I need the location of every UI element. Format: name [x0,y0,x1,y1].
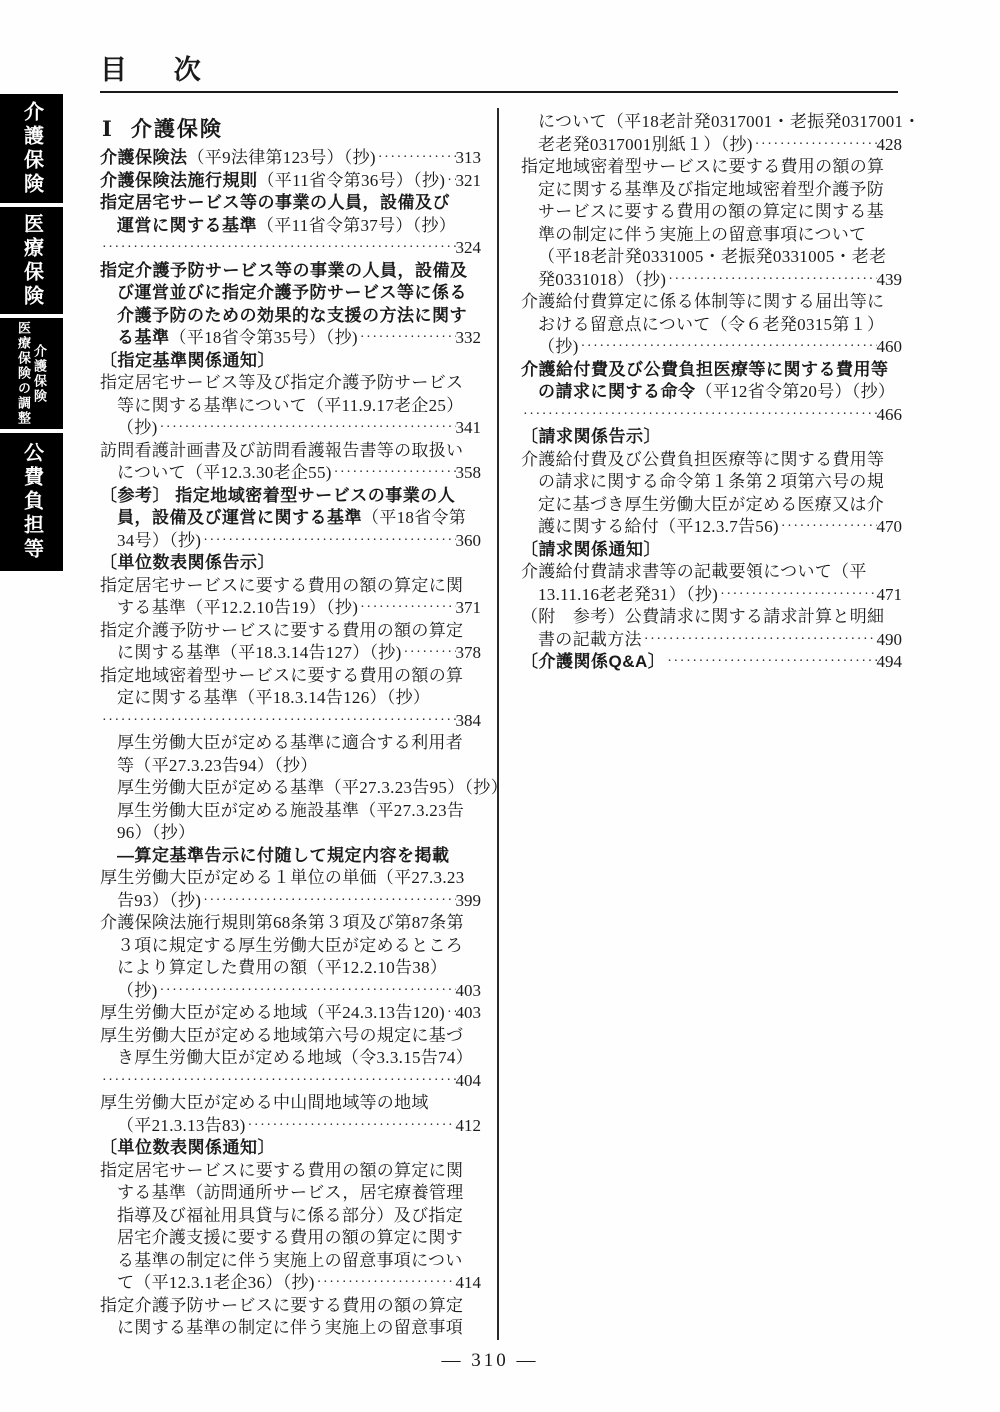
toc-page-number: 490 [877,629,903,652]
toc-entry-text: 指定介護予防サービスに要する費用の額の算定 [100,620,463,643]
toc-entry-text: （抄) [117,980,158,1003]
toc-line: 指定介護予防サービス等の事業の人員，設備及 [100,260,481,283]
toc-entry-text: 〔単位数表関係告示〕 [100,552,275,575]
toc-entry-text: おける留意点について（令６老発0315第１） [538,314,884,337]
toc-line: 発0331018）（抄)····························… [521,269,902,292]
toc-line: （附 参考）公費請求に関する請求計算と明細 [521,606,902,629]
toc-line: おける留意点について（令６老発0315第１） [521,314,902,337]
toc-line: び運営並びに指定介護予防サービス等に係る [100,282,481,305]
toc-line: （平21.3.13告83)···························… [100,1115,481,1138]
toc-page-number: 321 [456,170,482,193]
toc-entry-text: 〔請求関係告示〕 [521,426,661,449]
toc-page-number: 471 [877,584,903,607]
dot-leader: ········································… [665,651,876,674]
toc-entry-text: の請求に関する命令第１条第２項第六号の規 [538,471,884,494]
toc-line: る基準の制定に伴う実施上の留意事項につい [100,1250,481,1273]
toc-entry-text: 運営に関する基準 [117,215,257,238]
toc-entry-text: 指定居宅サービス等の事業の人員，設備及び [100,192,450,215]
toc-line: 員，設備及び運営に関する基準（平18省令第 [100,507,481,530]
toc-entry-text: 準の制定に伴う実施上の留意事項について [538,224,866,247]
toc-entry-text: 介護予防のための効果的な支援の方法に関す [117,305,467,328]
section-label: 介護保険 [131,118,223,141]
dot-leader: ········································… [445,1002,456,1025]
dot-leader: ········································… [201,890,455,913]
tab-kaigo-hoken: 介護保険 [0,94,63,203]
tab-label: 公費負担等 [22,442,42,562]
toc-line: 等（平27.3.23告94）（抄） [100,755,481,778]
toc-line: 定に基づき厚生労働大臣が定める医療又は介 [521,494,902,517]
dot-leader: ········································… [315,1272,456,1295]
toc-entry-text: 介護保険法施行規則第68条第３項及び第87条第 [100,912,464,935]
toc-line: の請求に関する命令（平12省令第20号）（抄） [521,381,902,404]
dot-leader: ········································… [521,404,877,427]
section-numeral: Ⅰ [102,117,114,141]
column-divider [497,108,499,1340]
toc-entry-text: 定に関する基準及び指定地域密着型介護予防 [538,179,884,202]
toc-line: ―算定基準告示に付随して規定内容を掲載 [100,845,481,868]
dot-leader: ········································… [753,134,877,157]
toc-left-column: 介護保険法（平9法律第123号）（抄)·····················… [100,147,481,1340]
toc-entry-text: （抄) [538,336,579,359]
toc-line: 〔請求関係通知〕 [521,539,902,562]
toc-entry-text: 介護給付費請求書等の記載要領について（平 [521,561,867,584]
toc-line: する基準（平12.2.10告19）（抄)····················… [100,597,481,620]
page-number-footer: ― 310 ― [90,1350,890,1372]
toc-entry-text: （平18省令第35号）（抄) [170,327,358,350]
toc-line: 介護給付費及び公費負担医療等に関する費用等 [521,449,902,472]
tab-label: 介護保険 [33,344,46,404]
toc-entry-text: 介護給付費及び公費負担医療等に関する費用等 [521,359,889,382]
toc-page-number: 466 [877,404,903,427]
toc-entry-text: に関する基準（平18.3.14告127）（抄) [117,642,402,665]
toc-line: 指導及び福祉用具貸与に係る部分）及び指定 [100,1205,481,1228]
toc-line: 介護給付費算定に係る体制等に関する届出等に [521,291,902,314]
toc-line: 書の記載方法··································… [521,629,902,652]
dot-leader: ········································… [332,462,456,485]
toc-line: ３項に規定する厚生労働大臣が定めるところ [100,935,481,958]
toc-page-number: 332 [456,327,482,350]
toc-line: する基準（訪問通所サービス，居宅療養管理 [100,1182,481,1205]
toc-entry-text: 等（平27.3.23告94）（抄） [117,755,318,778]
tab-label: 介護保険 [22,101,42,197]
dot-leader: ········································… [100,237,456,260]
page-title: 目 次 [100,54,221,86]
toc-entry-text: 厚生労働大臣が定める中山間地域等の地域 [100,1092,429,1115]
toc-entry-text: 〔請求関係通知〕 [521,539,661,562]
toc-line: 指定地域密着型サービスに要する費用の額の算 [521,156,902,179]
toc-line: 厚生労働大臣が定める基準に適合する利用者 [100,732,481,755]
tab-kohi-futan: 公費負担等 [0,433,63,571]
toc-entry-text: に関する基準の制定に伴う実施上の留意事項 [117,1317,463,1340]
tab-label: 医療保険 [22,213,42,309]
toc-page-number: 371 [456,597,482,620]
toc-line: 厚生労働大臣が定める基準（平27.3.23告95）（抄） [100,777,481,800]
toc-entry-text: （平18省令第 [362,507,466,530]
header-rule [100,91,898,93]
dot-leader: ········································… [642,629,877,652]
toc-entry-text: 指定介護予防サービス等の事業の人員，設備及 [100,260,468,283]
toc-entry-text: 定に関する基準（平18.3.14告126）（抄） [117,687,430,710]
toc-entry-text: （平18老計発0331005・老振発0331005・老老 [538,246,886,269]
toc-entry-text: 〔参考〕 指定地域密着型サービスの事業の人 [100,485,455,508]
toc-line: 指定居宅サービスに要する費用の額の算定に関 [100,1160,481,1183]
toc-line: 厚生労働大臣が定める地域第六号の規定に基づ [100,1025,481,1048]
toc-entry-text: 発0331018）（抄) [538,269,666,292]
toc-entry-text: （平12省令第20号）（抄） [696,381,896,404]
toc-entry-text: について（平12.3.30老企55) [117,462,332,485]
toc-line: 定に関する基準（平18.3.14告126）（抄） [100,687,481,710]
toc-entry-text: 指定地域密着型サービスに要する費用の額の算 [100,665,463,688]
toc-line: 13.11.16老老発31）（抄)·······················… [521,584,902,607]
toc-line: 指定居宅サービス等の事業の人員，設備及び [100,192,481,215]
toc-line: （抄)·····································… [100,980,481,1003]
toc-entry-text: 訪問看護計画書及び訪問看護報告書等の取扱い [100,440,463,463]
toc-line: 指定介護予防サービスに要する費用の額の算定 [100,620,481,643]
toc-line: （抄)·····································… [521,336,902,359]
toc-entry-text: 告93）（抄) [117,890,201,913]
toc-line: 厚生労働大臣が定める施設基準（平27.3.23告 [100,800,481,823]
toc-entry-text: 指定介護予防サービスに要する費用の額の算定 [100,1295,463,1318]
toc-line: 〔単位数表関係告示〕 [100,552,481,575]
toc-entry-text: 指定居宅サービス等及び指定介護予防サービス [100,372,463,395]
toc-line: て（平12.3.1老企36）（抄)·······················… [100,1272,481,1295]
toc-entry-text: （平11省令第37号）（抄） [257,215,456,238]
toc-line: 〔指定基準関係通知〕 [100,350,481,373]
dot-leader: ········································… [246,1115,456,1138]
toc-entry-text: 書の記載方法 [538,629,642,652]
toc-entry-text: 〔介護関係Q&A〕 [521,651,665,674]
toc-line: 定に関する基準及び指定地域密着型介護予防 [521,179,902,202]
toc-page-number: 439 [877,269,903,292]
toc-entry-text: 等に関する基準について（平11.9.17老企25） [117,395,464,418]
toc-line: 厚生労働大臣が定める中山間地域等の地域 [100,1092,481,1115]
toc-entry-text: 厚生労働大臣が定める施設基準（平27.3.23告 [117,800,464,823]
toc-page-number: 360 [456,530,482,553]
toc-entry-text: する基準（平12.2.10告19）（抄) [117,597,358,620]
dot-leader: ········································… [779,516,877,539]
toc-line: 介護予防のための効果的な支援の方法に関す [100,305,481,328]
toc-entry-text: き厚生労働大臣が定める地域（令3.3.15告74） [117,1047,473,1070]
toc-entry-text: ―算定基準告示に付随して規定内容を掲載 [117,845,450,868]
dot-leader: ········································… [201,530,455,553]
toc-line: 〔参考〕 指定地域密着型サービスの事業の人 [100,485,481,508]
toc-line: 介護給付費及び公費負担医療等に関する費用等 [521,359,902,382]
toc-page-number: 341 [456,417,482,440]
toc-entry-text: （抄) [117,417,158,440]
toc-line: 居宅介護支援に要する費用の額の算定に関す [100,1227,481,1250]
toc-entry-text: て（平12.3.1老企36）（抄) [117,1272,315,1295]
toc-entry-text: ３項に規定する厚生労働大臣が定めるところ [117,935,463,958]
toc-page-number: 494 [877,651,903,674]
toc-line: 指定介護予防サービスに要する費用の額の算定 [100,1295,481,1318]
dot-leader: ········································… [579,336,877,359]
toc-entry-text: 介護保険法 [100,147,188,170]
toc-line: 告93）（抄)·································… [100,890,481,913]
toc-line: る基準（平18省令第35号）（抄)·······················… [100,327,481,350]
toc-entry-text: 指定居宅サービスに要する費用の額の算定に関 [100,575,463,598]
toc-page-number: 404 [456,1070,482,1093]
toc-line: 厚生労働大臣が定める地域（平24.3.13告120)··············… [100,1002,481,1025]
tab-chousei: 介護保険医療保険の調整 [0,318,63,429]
toc-entry-text: 護に関する給付（平12.3.7告56) [538,516,779,539]
section-heading: Ⅰ介護保険 [102,113,223,143]
toc-entry-text: 13.11.16老老発31）（抄) [538,584,718,607]
toc-entry-text: る基準 [117,327,170,350]
toc-page-number: 414 [456,1272,482,1295]
toc-line: 指定居宅サービス等及び指定介護予防サービス [100,372,481,395]
toc-entry-text: び運営並びに指定介護予防サービス等に係る [117,282,467,305]
toc-line: ········································… [100,710,481,733]
toc-line: 老老発0317001別紙１）（抄)·······················… [521,134,902,157]
toc-page-number: 399 [456,890,482,913]
toc-entry-text: 指定居宅サービスに要する費用の額の算定に関 [100,1160,463,1183]
toc-entry-text: 定に基づき厚生労働大臣が定める医療又は介 [538,494,884,517]
toc-line: 厚生労働大臣が定める１単位の単価（平27.3.23 [100,867,481,890]
toc-line: ········································… [100,237,481,260]
toc-page-number: 403 [456,980,482,1003]
toc-line: 介護保険法施行規則第68条第３項及び第87条第 [100,912,481,935]
tab-iryo-hoken: 医療保険 [0,207,63,314]
toc-line: （平18老計発0331005・老振発0331005・老老 [521,246,902,269]
toc-line: 運営に関する基準（平11省令第37号）（抄） [100,215,481,238]
toc-line: について（平18老計発0317001・老振発0317001・ [521,111,902,134]
tab-label: 医療保険の調整 [17,321,30,426]
dot-leader: ········································… [158,980,456,1003]
toc-entry-text: 厚生労働大臣が定める１単位の単価（平27.3.23 [100,867,465,890]
toc-line: 指定地域密着型サービスに要する費用の額の算 [100,665,481,688]
toc-entry-text: 介護保険法施行規則 [100,170,258,193]
dot-leader: ········································… [100,710,456,733]
toc-line: 96）（抄） [100,822,481,845]
dot-leader: ········································… [402,642,456,665]
toc-entry-text: 34号）（抄) [117,530,201,553]
toc-entry-text: 居宅介護支援に要する費用の額の算定に関す [117,1227,463,1250]
toc-line: 34号）（抄)·································… [100,530,481,553]
toc-entry-text: 介護給付費及び公費負担医療等に関する費用等 [521,449,884,472]
toc-entry-text: （附 参考）公費請求に関する請求計算と明細 [521,606,884,629]
toc-page-number: 460 [877,336,903,359]
toc-entry-text: 介護給付費算定に係る体制等に関する届出等に [521,291,884,314]
toc-entry-text: （平21.3.13告83) [117,1115,246,1138]
dot-leader: ········································… [376,147,456,170]
toc-line: 準の制定に伴う実施上の留意事項について [521,224,902,247]
toc-line: 介護給付費請求書等の記載要領について（平 [521,561,902,584]
toc-line: 〔請求関係告示〕 [521,426,902,449]
toc-line: 介護保険法施行規則（平11省令第36号）（抄)·················… [100,170,481,193]
toc-page-number: 470 [877,516,903,539]
toc-page-number: 324 [456,237,482,260]
toc-right-column: について（平18老計発0317001・老振発0317001・老老発0317001… [521,111,902,674]
toc-page-number: 428 [877,134,903,157]
toc-line: 訪問看護計画書及び訪問看護報告書等の取扱い [100,440,481,463]
toc-entry-text: 厚生労働大臣が定める基準に適合する利用者 [117,732,463,755]
toc-line: サービスに要する費用の額の算定に関する基 [521,201,902,224]
toc-entry-text: 厚生労働大臣が定める基準（平27.3.23告95）（抄） [117,777,508,800]
toc-entry-text: 〔指定基準関係通知〕 [100,350,275,373]
toc-entry-text: （平9法律第123号）（抄) [188,147,376,170]
toc-line: に関する基準（平18.3.14告127）（抄)·················… [100,642,481,665]
dot-leader: ········································… [100,1070,456,1093]
toc-line: 指定居宅サービスに要する費用の額の算定に関 [100,575,481,598]
toc-entry-text: 指定地域密着型サービスに要する費用の額の算 [521,156,884,179]
toc-entry-text: 〔単位数表関係通知〕 [100,1137,275,1160]
toc-entry-text: により算定した費用の額（平12.2.10告38） [117,957,447,980]
toc-page-number: 412 [456,1115,482,1138]
toc-entry-text: サービスに要する費用の額の算定に関する基 [538,201,884,224]
toc-entry-text: 96）（抄） [117,822,195,845]
toc-line: 〔単位数表関係通知〕 [100,1137,481,1160]
dot-leader: ········································… [358,327,456,350]
toc-entry-text: 厚生労働大臣が定める地域第六号の規定に基づ [100,1025,463,1048]
toc-entry-text: の請求に関する命令 [538,381,696,404]
toc-page-number: 378 [456,642,482,665]
toc-line: 介護保険法（平9法律第123号）（抄)·····················… [100,147,481,170]
toc-line: に関する基準の制定に伴う実施上の留意事項 [100,1317,481,1340]
toc-line: ········································… [100,1070,481,1093]
dot-leader: ········································… [158,417,456,440]
toc-line: （抄)·····································… [100,417,481,440]
toc-entry-text: について（平18老計発0317001・老振発0317001・ [538,111,921,134]
toc-entry-text: 老老発0317001別紙１）（抄) [538,134,753,157]
toc-page-number: 313 [456,147,482,170]
toc-line: 〔介護関係Q&A〕·······························… [521,651,902,674]
toc-entry-text: する基準（訪問通所サービス，居宅療養管理 [117,1182,464,1205]
dot-leader: ········································… [358,597,455,620]
dot-leader: ········································… [666,269,876,292]
toc-line: 等に関する基準について（平11.9.17老企25） [100,395,481,418]
dot-leader: ········································… [445,170,455,193]
dot-leader: ········································… [718,584,876,607]
toc-line: き厚生労働大臣が定める地域（令3.3.15告74） [100,1047,481,1070]
toc-line: ········································… [521,404,902,427]
toc-entry-text: （平11省令第36号）（抄) [258,170,446,193]
toc-line: により算定した費用の額（平12.2.10告38） [100,957,481,980]
toc-page-number: 384 [456,710,482,733]
toc-entry-text: 指導及び福祉用具貸与に係る部分）及び指定 [117,1205,463,1228]
toc-line: 護に関する給付（平12.3.7告56)·····················… [521,516,902,539]
toc-entry-text: 厚生労働大臣が定める地域（平24.3.13告120) [100,1002,445,1025]
toc-page-number: 358 [456,462,482,485]
toc-entry-text: る基準の制定に伴う実施上の留意事項につい [117,1250,463,1273]
toc-entry-text: 員，設備及び運営に関する基準 [117,507,362,530]
toc-line: について（平12.3.30老企55)······················… [100,462,481,485]
toc-line: の請求に関する命令第１条第２項第六号の規 [521,471,902,494]
toc-page-number: 403 [456,1002,482,1025]
